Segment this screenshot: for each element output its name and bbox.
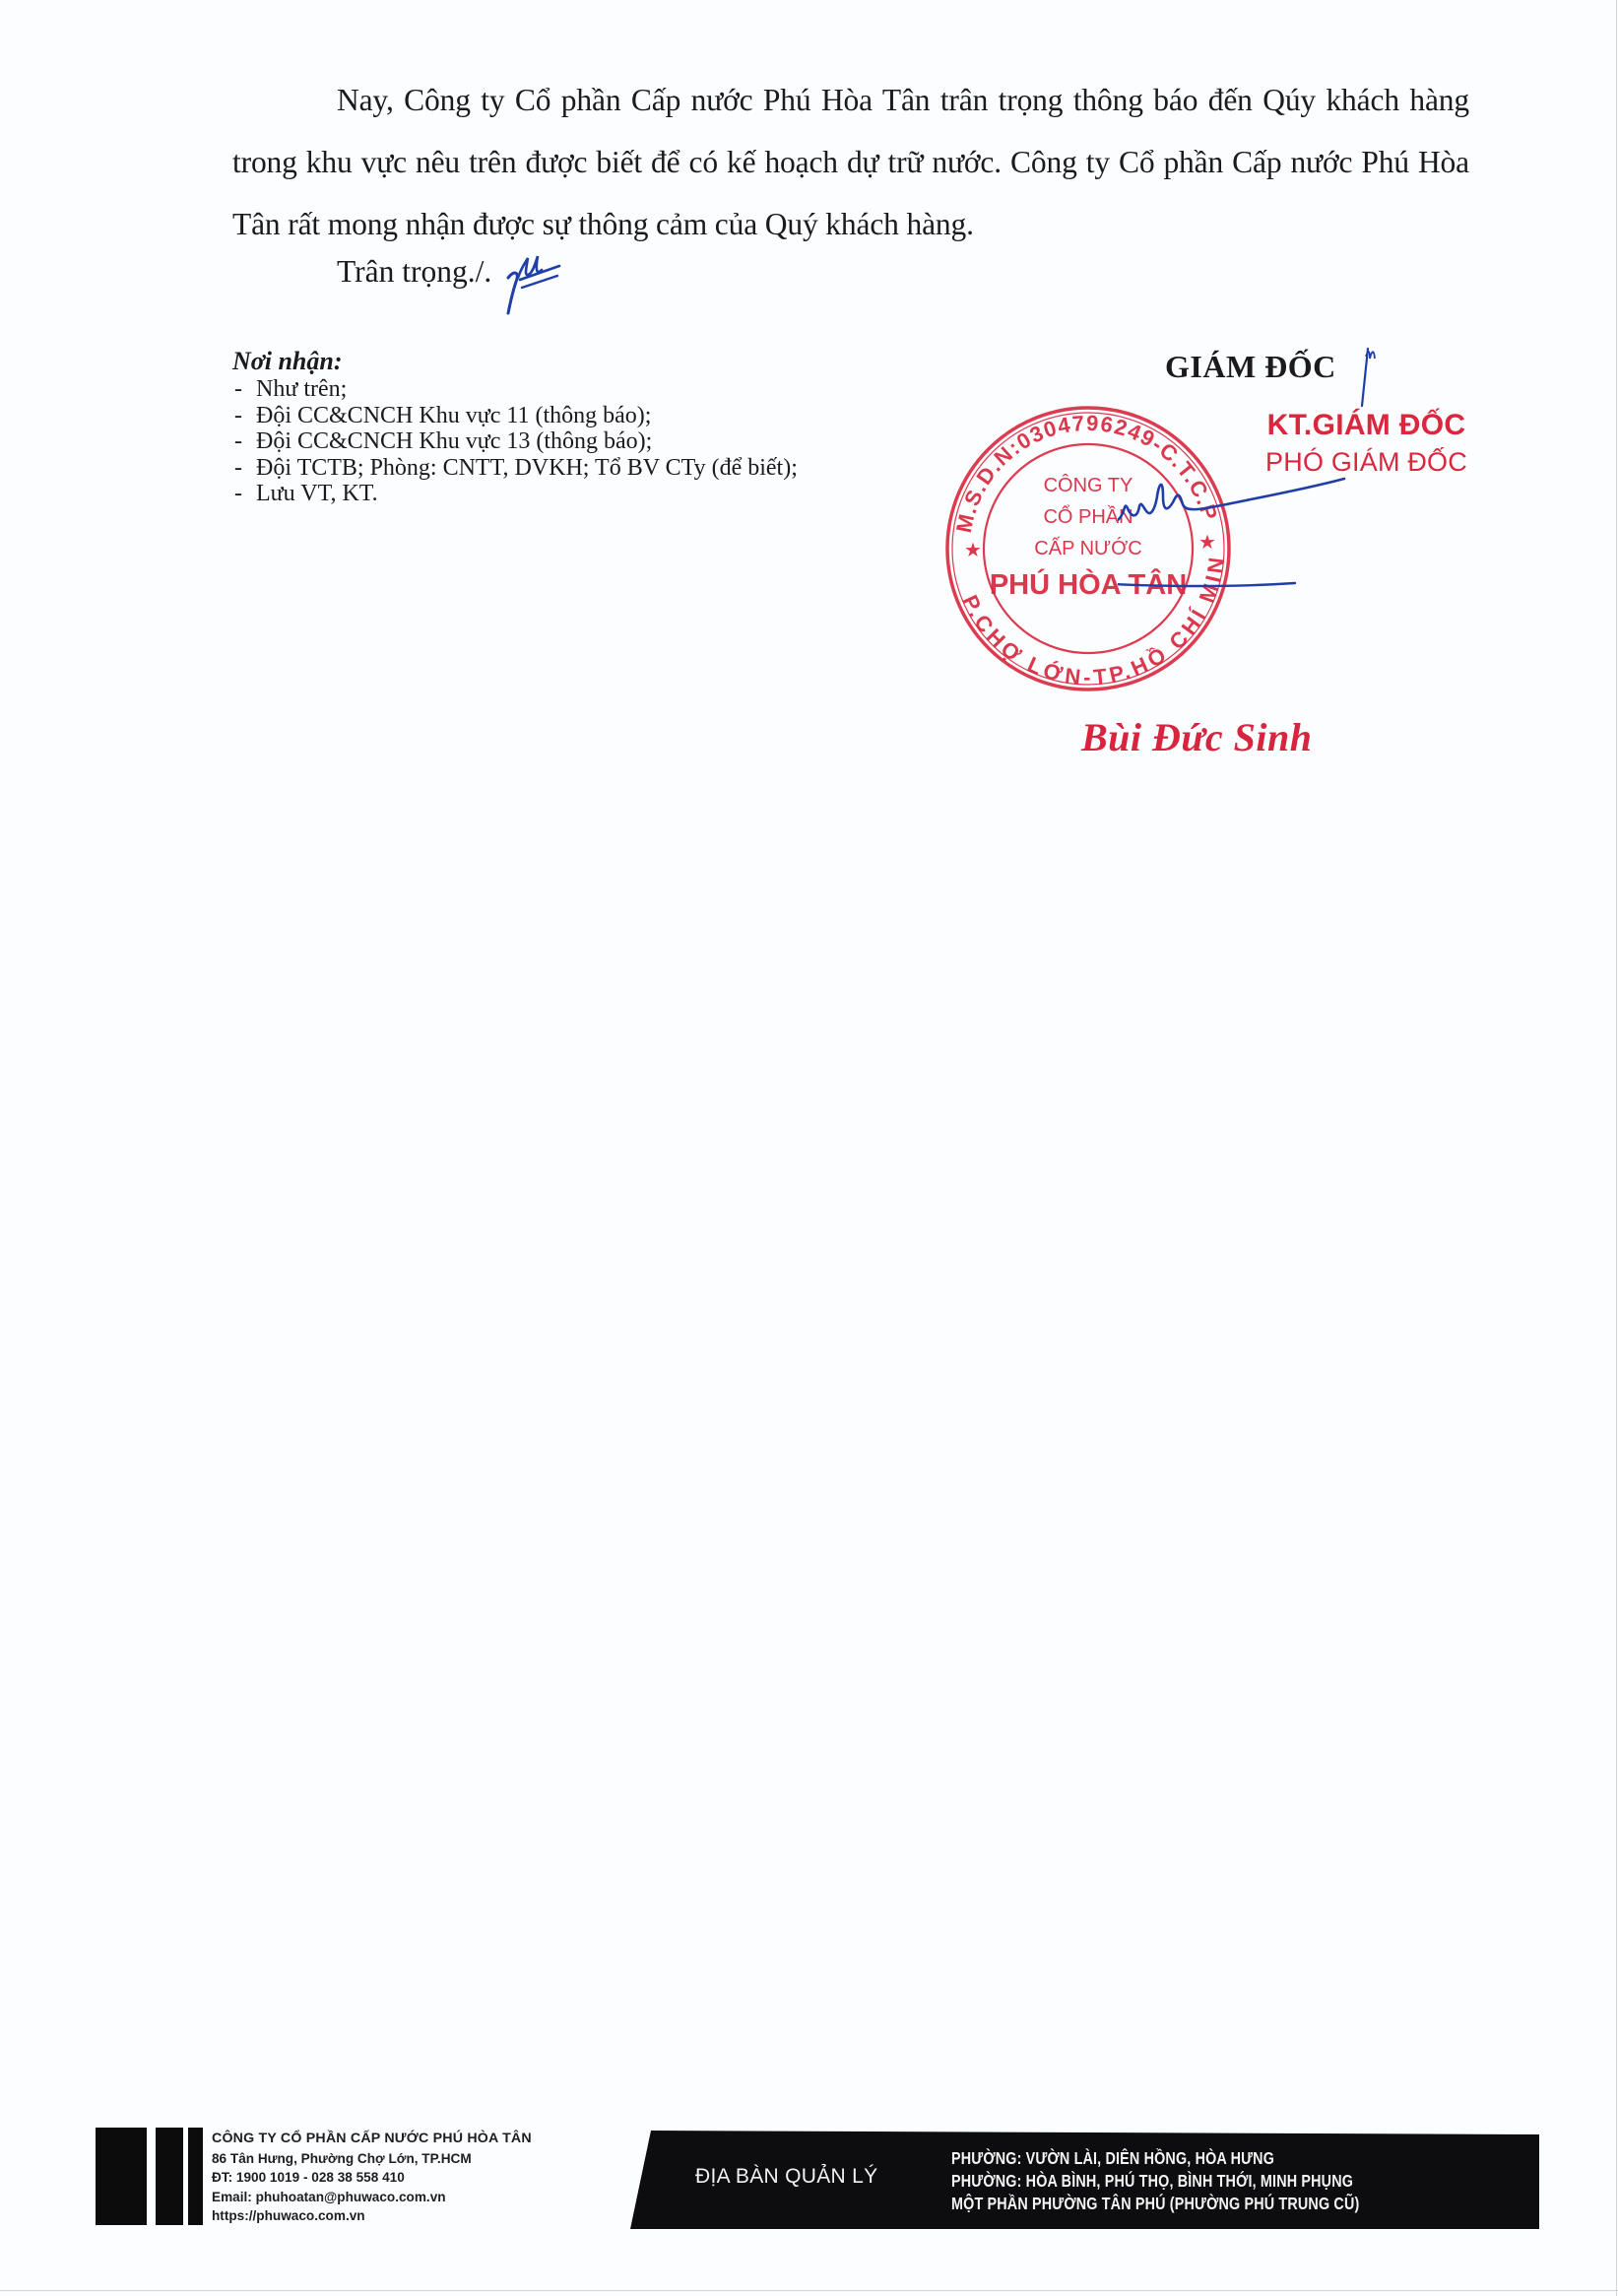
footer-website: https://phuwaco.com.vn	[212, 2206, 532, 2226]
page-edge-bottom	[0, 2290, 1618, 2291]
service-area-item: PHƯỜNG: VƯỜN LÀI, DIÊN HỒNG, HÒA HƯNG	[951, 2147, 1359, 2170]
handwritten-signature-icon	[1118, 473, 1413, 611]
recipient-item: -Đội CC&CNCH Khu vực 11 (thông báo);	[232, 403, 798, 429]
closing-phrase: Trân trọng./.	[337, 250, 491, 294]
seal-star-left: ★	[964, 540, 982, 561]
initials-mark-icon	[500, 248, 569, 317]
recipient-item: -Đội TCTB; Phòng: CNTT, DVKH; Tổ BV CTy …	[232, 455, 798, 482]
footer-email: Email: phuhoatan@phuwaco.com.vn	[212, 2188, 532, 2207]
service-area-item: MỘT PHẦN PHƯỜNG TÂN PHÚ (PHƯỜNG PHÚ TRUN…	[951, 2193, 1359, 2215]
notice-body: Nay, Công ty Cổ phần Cấp nước Phú Hòa Tâ…	[232, 69, 1469, 255]
recipients-heading: Nơi nhận:	[232, 347, 798, 376]
footer-company-name: CÔNG TY CỔ PHẦN CẤP NƯỚC PHÚ HÒA TÂN	[212, 2130, 532, 2149]
page-edge-right	[1616, 0, 1617, 2296]
recipient-item: -Đội CC&CNCH Khu vực 13 (thông báo);	[232, 428, 798, 455]
footer-phone: ĐT: 1900 1019 - 028 38 558 410	[212, 2168, 532, 2188]
service-area-label: ĐỊA BÀN QUẢN LÝ	[695, 2165, 877, 2189]
recipients-block: Nơi nhận: -Như trên; -Đội CC&CNCH Khu vự…	[232, 347, 798, 507]
service-area-list: PHƯỜNG: VƯỜN LÀI, DIÊN HỒNG, HÒA HƯNG PH…	[951, 2147, 1359, 2215]
signer-name: Bùi Đức Sinh	[1081, 714, 1313, 760]
signatory-title: GIÁM ĐỐC	[1165, 349, 1336, 385]
company-contact-info: CÔNG TY CỔ PHẦN CẤP NƯỚC PHÚ HÒA TÂN 86 …	[212, 2130, 532, 2226]
footer-address: 86 Tân Hưng, Phường Chợ Lớn, TP.HCM	[212, 2149, 532, 2169]
logo-bar	[156, 2128, 183, 2225]
recipients-list: -Như trên; -Đội CC&CNCH Khu vực 11 (thôn…	[232, 376, 798, 507]
notice-paragraph: Nay, Công ty Cổ phần Cấp nước Phú Hòa Tâ…	[232, 69, 1469, 255]
logo-bar	[96, 2128, 147, 2225]
service-area-item: PHƯỜNG: HÒA BÌNH, PHÚ THỌ, BÌNH THỚI, MI…	[951, 2170, 1359, 2193]
logo-bar	[188, 2128, 203, 2225]
recipient-item: -Lưu VT, KT.	[232, 481, 798, 507]
on-behalf-title: KT.GIÁM ĐỐC	[1256, 408, 1477, 443]
recipient-item: -Như trên;	[232, 376, 798, 403]
